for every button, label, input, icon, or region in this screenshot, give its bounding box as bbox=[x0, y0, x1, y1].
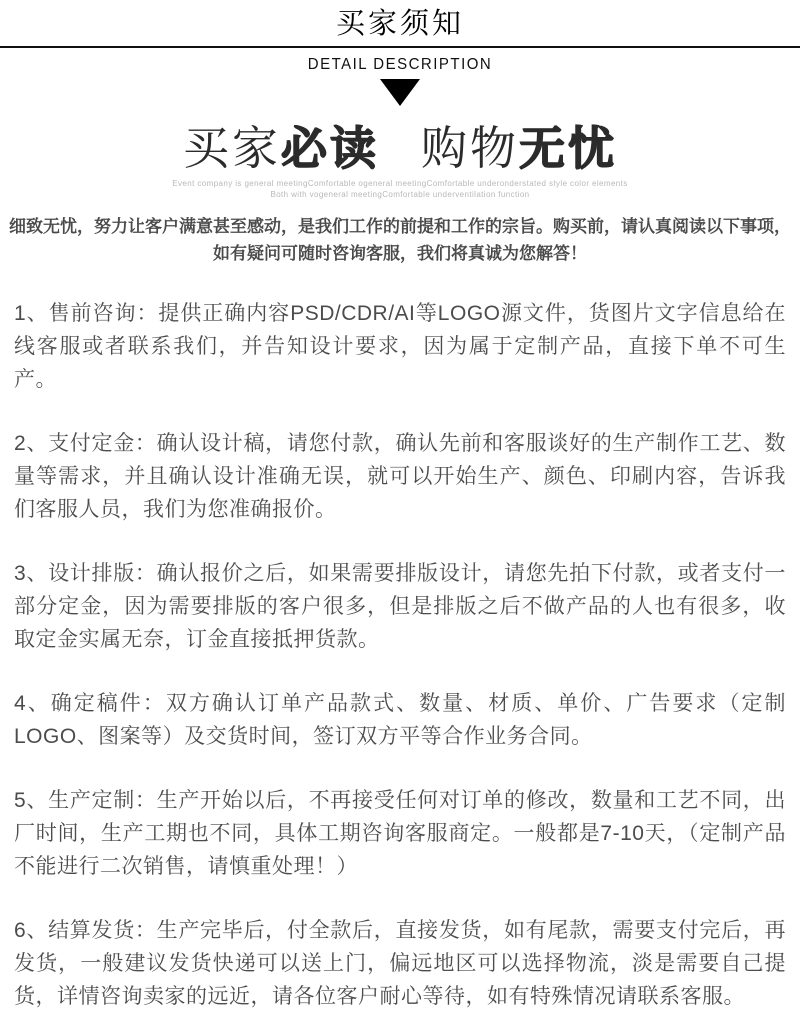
intro-line2: 如有疑问可随时咨询客服，我们将真诚为您解答！ bbox=[0, 240, 800, 267]
buyer-notice-page: 买家须知 DETAIL DESCRIPTION 买家必读购物无忧 Event c… bbox=[0, 0, 800, 1013]
page-title: 买家须知 bbox=[0, 0, 800, 41]
notice-item-2: 2、支付定金：确认设计稿，请您付款，确认先前和客服谈好的生产制作工艺、数量等需求… bbox=[14, 427, 786, 526]
hero-text-normal-2: 购物 bbox=[421, 122, 519, 174]
hero-text-normal-1: 买家 bbox=[183, 122, 281, 174]
notice-item-3: 3、设计排版：确认报价之后，如果需要排版设计，请您先拍下付款，或者支付一部分定金… bbox=[14, 557, 786, 656]
notice-item-5: 5、生产定制：生产开始以后，不再接受任何对订单的修改，数量和工艺不同，出厂时间，… bbox=[14, 784, 786, 883]
notice-item-6: 6、结算发货：生产完毕后，付全款后，直接发货，如有尾款，需要支付完后，再发货，一… bbox=[14, 914, 786, 1013]
hero-title: 买家必读购物无忧 bbox=[0, 122, 800, 174]
intro-statement: 细致无忧，努力让客户满意甚至感动，是我们工作的前提和工作的宗旨。购买前，请认真阅… bbox=[0, 213, 800, 267]
notice-item-1: 1、售前咨询：提供正确内容PSD/CDR/AI等LOGO源文件，货图片文字信息给… bbox=[14, 297, 786, 396]
header-divider bbox=[0, 46, 800, 48]
hero-tagline-line1: Event company is general meetingComforta… bbox=[0, 178, 800, 189]
detail-description-label: DETAIL DESCRIPTION bbox=[0, 56, 800, 74]
triangle-down-icon bbox=[380, 79, 420, 106]
intro-line1: 细致无忧，努力让客户满意甚至感动，是我们工作的前提和工作的宗旨。购买前，请认真阅… bbox=[0, 213, 800, 240]
hero-text-bold-2: 无忧 bbox=[519, 122, 617, 174]
notice-list: 1、售前咨询：提供正确内容PSD/CDR/AI等LOGO源文件，货图片文字信息给… bbox=[0, 297, 800, 1013]
hero-text-bold-1: 必读 bbox=[281, 122, 379, 174]
hero-tagline-line2: Both with vogeneral meetingComfortable u… bbox=[0, 189, 800, 200]
hero-tagline: Event company is general meetingComforta… bbox=[0, 178, 800, 200]
notice-item-4: 4、确定稿件：双方确认订单产品款式、数量、材质、单价、广告要求（定制LOGO、图… bbox=[14, 687, 786, 753]
